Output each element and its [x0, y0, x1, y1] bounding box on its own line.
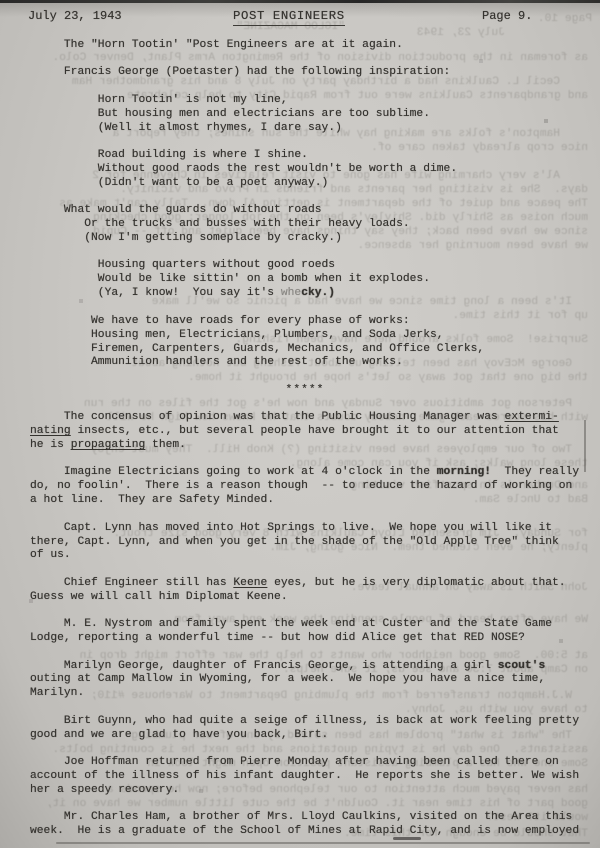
- text-line: Horn Tootin' is not my line,: [30, 94, 580, 108]
- scan-bottom-edge-artifact: [56, 842, 590, 844]
- text-line: The "Horn Tootin' "Post Engineers are at…: [30, 39, 580, 53]
- paragraph: Capt. Lynn has moved into Hot Springs to…: [30, 522, 580, 564]
- scanned-page: Page 10."IGLOO MAGAZINE"July 23, 1943as …: [0, 0, 600, 848]
- document-header: July 23, 1943 POST ENGINEERS Page 9.: [30, 8, 580, 32]
- poem-stanza: What would the guards do without roads O…: [30, 204, 580, 246]
- text-line: good and we are glad to have you back, B…: [30, 729, 580, 743]
- text-line: a hot line. They are Safety Minded.: [30, 494, 580, 508]
- scan-crease-artifact: [584, 420, 586, 472]
- poem-stanza: Horn Tootin' is not my line, But housing…: [30, 94, 580, 136]
- scan-mark-artifact: [393, 837, 421, 840]
- document-content: July 23, 1943 POST ENGINEERS Page 9. The…: [0, 0, 600, 848]
- paragraph: Marilyn George, daughter of Francis Geor…: [30, 660, 580, 702]
- text-line: Ammunition handlers and the rest of the …: [30, 356, 580, 370]
- paragraph: Joe Hoffman returned from Pierre Monday …: [30, 756, 580, 798]
- text-line: M. E. Nystrom and family spent the week …: [30, 618, 580, 632]
- text-line: The concensus of opinion was that the Pu…: [30, 411, 580, 425]
- scan-speckles: [0, 0, 2, 2]
- text-line: nating insects, etc., but several people…: [30, 425, 580, 439]
- text-line: Road building is where I shine.: [30, 149, 580, 163]
- text-line: account of the illness of his infant dau…: [30, 770, 580, 784]
- text-line: of us.: [30, 549, 580, 563]
- text-line: Imagine Electricians going to work at 4 …: [30, 466, 580, 480]
- text-line: (Well it almost rhymes, I dare say.): [30, 122, 580, 136]
- poem-stanza: Road building is where I shine. Without …: [30, 149, 580, 191]
- text-line: Francis George (Poetaster) had the follo…: [30, 66, 580, 80]
- document-body: The "Horn Tootin' "Post Engineers are at…: [30, 39, 580, 839]
- text-line: What would the guards do without roads: [30, 204, 580, 218]
- text-line: there, Capt. Lynn, and when you get in t…: [30, 536, 580, 550]
- paragraph: Chief Engineer still has Keene eyes, but…: [30, 577, 580, 605]
- text-line: Lodge, reporting a wonderful time -- but…: [30, 632, 580, 646]
- text-line: Or the trucks and busses with their heav…: [30, 218, 580, 232]
- text-line: Would be like sittin' on a bomb when it …: [30, 273, 580, 287]
- text-line: do, no foolin'. There is a reason though…: [30, 480, 580, 494]
- text-line: We have to have roads for every phase of…: [30, 315, 580, 329]
- separator-text: *****: [30, 384, 580, 398]
- paragraph: Mr. Charles Ham, a brother of Mrs. Lloyd…: [30, 811, 580, 839]
- text-line: (Didn't want to be a poet anyway.): [30, 177, 580, 191]
- text-line: outing at Camp Mallow in Wyoming, for a …: [30, 673, 580, 687]
- paragraph: M. E. Nystrom and family spent the week …: [30, 618, 580, 646]
- paragraph: The concensus of opinion was that the Pu…: [30, 411, 580, 453]
- section-separator: *****: [30, 384, 580, 398]
- poem-stanza: Housing quarters without good roeds Woul…: [30, 259, 580, 301]
- text-line: Joe Hoffman returned from Pierre Monday …: [30, 756, 580, 770]
- paragraph: Francis George (Poetaster) had the follo…: [30, 66, 580, 80]
- text-line: Firemen, Carpenters, Guards, Mechanics, …: [30, 343, 580, 357]
- page-number: Page 9.: [482, 10, 532, 24]
- text-line: Guess we will call him Diplomat Keene.: [30, 591, 580, 605]
- text-line: week. He is a graduate of the School of …: [30, 825, 580, 839]
- poem-stanza: We have to have roads for every phase of…: [30, 315, 580, 371]
- text-line: Capt. Lynn has moved into Hot Springs to…: [30, 522, 580, 536]
- text-line: (Ya, I know! You say it's whecky.): [30, 287, 580, 301]
- text-line: Marilyn.: [30, 687, 580, 701]
- doc-title: POST ENGINEERS: [233, 10, 345, 26]
- paragraph: Birt Guynn, who had quite a seige of ill…: [30, 715, 580, 743]
- doc-date: July 23, 1943: [28, 10, 122, 24]
- text-line: Marilyn George, daughter of Francis Geor…: [30, 660, 580, 674]
- text-line: (Now I'm getting someplace by cracky.): [30, 232, 580, 246]
- text-line: But housing men and electricians are too…: [30, 108, 580, 122]
- text-line: Housing quarters without good roeds: [30, 259, 580, 273]
- paragraph: Imagine Electricians going to work at 4 …: [30, 466, 580, 508]
- paragraph: The "Horn Tootin' "Post Engineers are at…: [30, 39, 580, 53]
- text-line: he is propagating them.: [30, 439, 580, 453]
- text-line: Birt Guynn, who had quite a seige of ill…: [30, 715, 580, 729]
- text-line: Without good raods the rest wouldn't be …: [30, 163, 580, 177]
- text-line: her a speedy recovery.: [30, 784, 580, 798]
- text-line: Housing men, Electricians, Plumbers, and…: [30, 329, 580, 343]
- text-line: Mr. Charles Ham, a brother of Mrs. Lloyd…: [30, 811, 580, 825]
- text-line: Chief Engineer still has Keene eyes, but…: [30, 577, 580, 591]
